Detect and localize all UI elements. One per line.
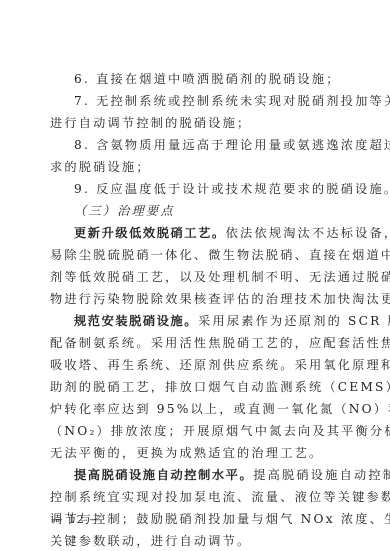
paragraph-line: 助剂的脱硝工艺，排放口烟气自动监测系统（CEMS）NOx 转化 xyxy=(50,376,342,398)
paragraph-install: 规范安装脱硝设施。采用尿素作为还原剂的 SCR 脱硝，应 xyxy=(50,310,342,332)
paragraph-lead: 更新升级低效脱硝工艺。 xyxy=(74,226,226,240)
document-page: 6. 直接在烟道中喷洒脱硝剂的脱硝设施； 7. 无控制系统或控制系统未实现对脱硝… xyxy=(50,68,342,551)
paragraph-line: 剂等低效脱硝工艺，以及处理机制不明、无法通过脱硝剂或副产 xyxy=(50,266,342,288)
paragraph-line: 控制系统宜实现对投加泵电流、流量、液位等关键参数进行自动 xyxy=(50,486,342,508)
list-item-7: 7. 无控制系统或控制系统未实现对脱硝剂投加等关键参数 xyxy=(50,90,342,112)
list-item-6: 6. 直接在烟道中喷洒脱硝剂的脱硝设施； xyxy=(50,68,342,90)
paragraph-lead: 提高脱硝设施自动控制水平。 xyxy=(74,468,253,482)
paragraph-line: （NO₂）排放浓度；开展原烟气中氮去向及其平衡分析，对于氮 xyxy=(50,420,342,442)
page-number: — 12 — xyxy=(51,512,102,526)
paragraph-lead: 规范安装脱硝设施。 xyxy=(74,314,198,328)
list-item-8-cont: 求的脱硝设施； xyxy=(50,156,342,178)
paragraph-line: 关键参数联动，进行自动调节。 xyxy=(50,530,342,551)
paragraph-upgrade: 更新升级低效脱硝工艺。依法依规淘汰不达标设备，推动简 xyxy=(50,222,342,244)
list-item-8: 8. 含氨物质用量远高于理论用量或氨逃逸浓度超过标准要 xyxy=(50,134,342,156)
paragraph-line: 吸收塔、再生系统、还原剂供应系统。采用氧化原理和添加氧化 xyxy=(50,354,342,376)
paragraph-line: 物进行污染物脱除效果核查评估的治理技术加快淘汰更新。 xyxy=(50,288,342,310)
paragraph-control: 提高脱硝设施自动控制水平。提高脱硝设施自动控制水平， xyxy=(50,464,342,486)
paragraph-line: 配备制氨系统。采用活性焦脱硝工艺的，应配套活性焦输送系统、 xyxy=(50,332,342,354)
paragraph-line: 易除尘脱硫脱硝一体化、微生物法脱硝、直接在烟道中喷洒脱硝 xyxy=(50,244,342,266)
paragraph-line: 无法平衡的，更换为成熟适宜的治理工艺。 xyxy=(50,442,342,464)
section-heading: （三）治理要点 xyxy=(50,200,342,222)
list-item-9: 9. 反应温度低于设计或技术规范要求的脱硝设施。 xyxy=(50,178,342,200)
list-item-7-cont: 进行自动调节控制的脱硝设施； xyxy=(50,112,342,134)
paragraph-line: 炉转化率应达到 95%以上，或直测一氧化氮（NO）和二氧化氮 xyxy=(50,398,342,420)
